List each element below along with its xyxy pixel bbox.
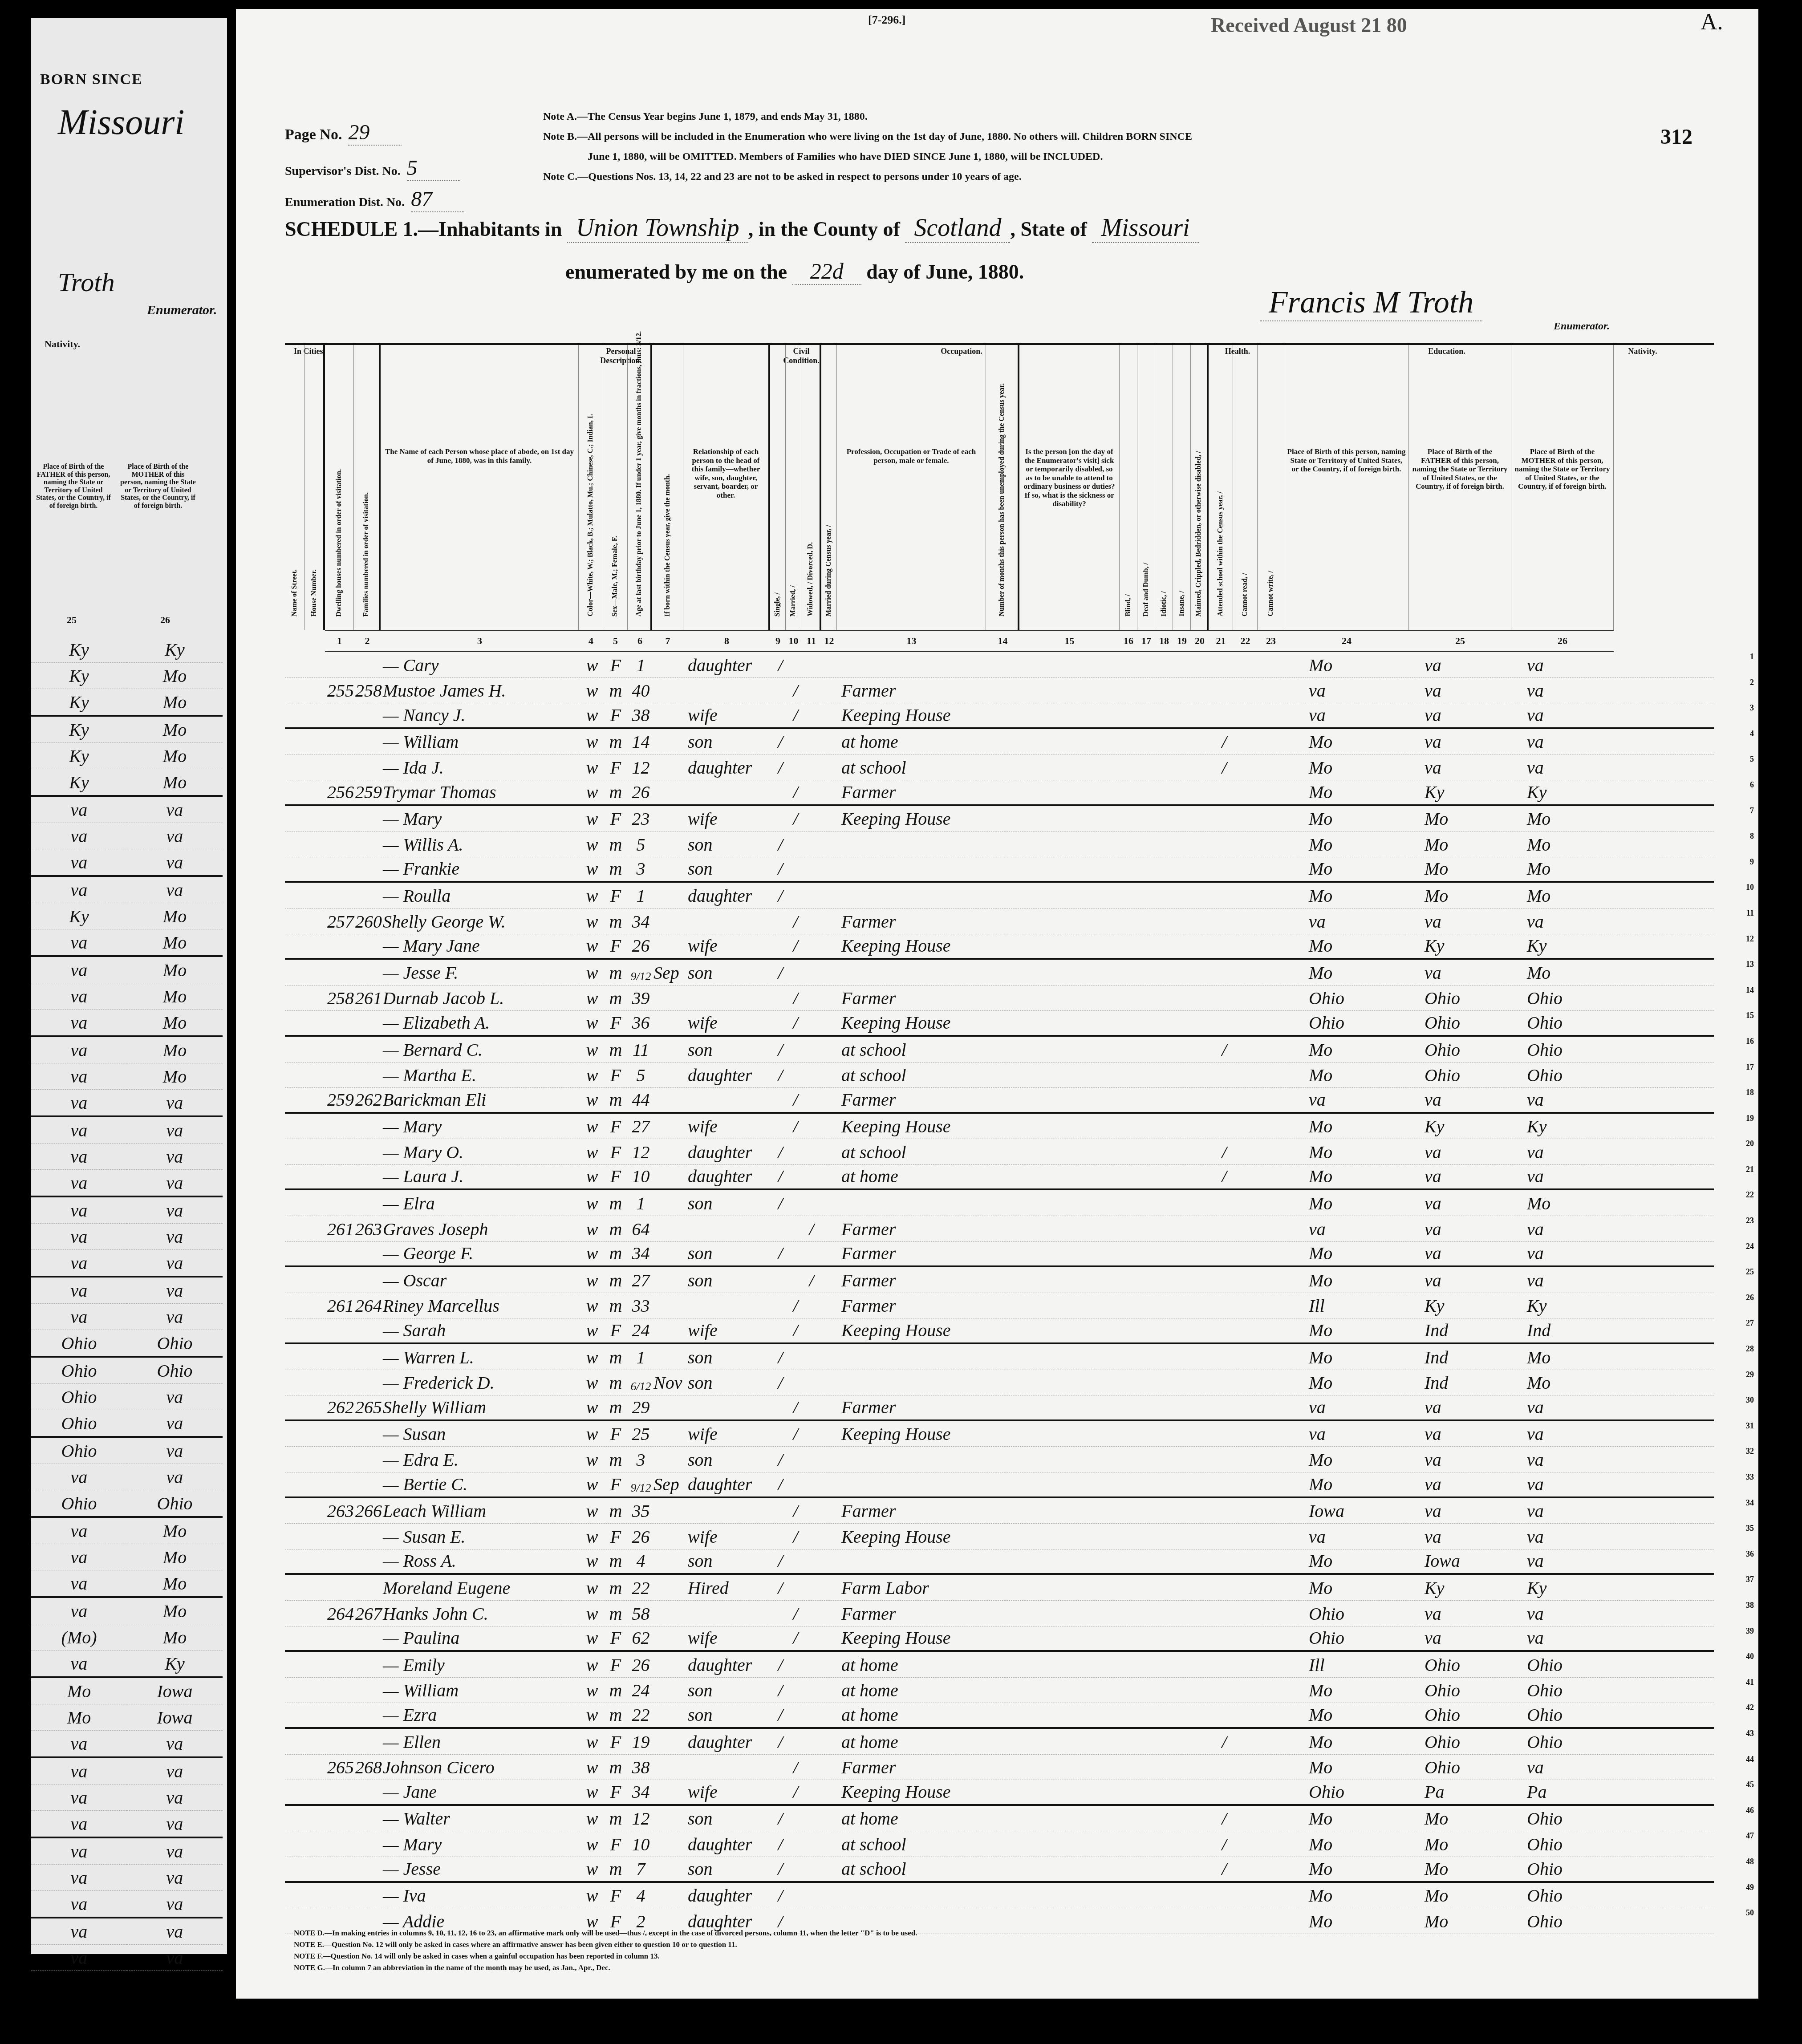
cell-single: / [774, 1575, 787, 1600]
cell-married [789, 1549, 802, 1574]
facing-row: vava [31, 1144, 223, 1170]
cell-rel: son [688, 1549, 770, 1574]
cell-married: / [789, 1601, 802, 1626]
cell-m: Ohio [1527, 1908, 1611, 1934]
cell-b: Mo [1309, 806, 1407, 831]
cell-widowed: / [805, 1216, 818, 1241]
cell-occ [841, 1344, 986, 1370]
row-number: 3 [1750, 703, 1754, 713]
cell-m: Ohio [1527, 1678, 1611, 1703]
cell-single: / [774, 1652, 787, 1677]
cell-occ: at home [841, 1703, 986, 1727]
cell-f: va [1425, 1216, 1509, 1241]
cell-fam [355, 1063, 381, 1088]
day-value: 22d [792, 258, 861, 285]
cell-single [774, 1780, 787, 1804]
cell-name: — Mary Jane [383, 934, 579, 958]
cell-occ: Farmer [841, 1088, 986, 1112]
cell-color: w [581, 857, 603, 881]
cell-rel [688, 678, 770, 703]
cell-fam [355, 1139, 381, 1164]
cell-widowed [805, 1575, 818, 1600]
cell-month [653, 1421, 682, 1447]
cell-b: Mo [1309, 1883, 1407, 1908]
cell-month [653, 1652, 682, 1677]
cell-color: w [581, 780, 603, 804]
cell-month [653, 1293, 682, 1318]
facing-row: Ohiova [31, 1384, 223, 1410]
cell-month [653, 1883, 682, 1908]
facing-row: vava [31, 1090, 223, 1117]
cell-fam [355, 1344, 381, 1370]
cell-school [1215, 1063, 1233, 1088]
cell-b: Ohio [1309, 1780, 1407, 1804]
cell-school [1215, 652, 1233, 677]
cell-rel: son [688, 1678, 770, 1703]
cell-m: Ohio [1527, 1729, 1611, 1754]
cell-married [789, 1242, 802, 1266]
cell-married [789, 1165, 802, 1189]
cell-sex: m [605, 1575, 627, 1600]
cell-b: Mo [1309, 1806, 1407, 1831]
cell-b: Mo [1309, 1344, 1407, 1370]
father-birthplace: Mo [31, 1677, 127, 1704]
cell-fam [355, 1703, 381, 1727]
cell-b: Mo [1309, 780, 1407, 804]
cell-rel [688, 1601, 770, 1626]
cell-single: / [774, 1139, 787, 1164]
facing-row: OhioOhio [31, 1357, 223, 1384]
cell-occ: Keeping House [841, 1421, 986, 1447]
cell-rel: son [688, 857, 770, 881]
father-birthplace: va [31, 1304, 127, 1330]
cell-age: 10 [629, 1165, 653, 1189]
cell-widowed [805, 1114, 818, 1139]
cell-age: 26 [629, 780, 653, 804]
mother-birthplace: va [127, 1196, 223, 1224]
cell-dw [327, 806, 354, 831]
cell-rel: daughter [688, 1729, 770, 1754]
cell-b: Mo [1309, 1831, 1407, 1857]
cell-age: 4 [629, 1549, 653, 1574]
cell-fam [355, 883, 381, 908]
column-number: 21 [1209, 630, 1233, 652]
county-value: Scotland [905, 214, 1010, 243]
table-row: — RoullawF1daughter/MoMoMo10 [285, 883, 1714, 908]
cell-widowed [805, 1652, 818, 1677]
cell-color: w [581, 1703, 603, 1727]
column-header-c20: Maimed, Crippled, Bedridden, or otherwis… [1191, 345, 1209, 630]
father-birthplace: Ohio [31, 1330, 127, 1357]
column-header-c18: Idiotic, / [1155, 345, 1173, 630]
column-header-house: House Number. [305, 345, 325, 630]
cell-rel: son [688, 1190, 770, 1216]
cell-age: 26 [629, 1652, 653, 1677]
cell-married [789, 1678, 802, 1703]
mother-birthplace: va [127, 1144, 223, 1170]
cell-b: Ohio [1309, 985, 1407, 1011]
column-header-c19: Insane, / [1173, 345, 1191, 630]
cell-married: / [789, 1498, 802, 1524]
cell-name: — Susan [383, 1421, 579, 1447]
cell-age: 11 [629, 1037, 653, 1062]
cell-sex: F [605, 1114, 627, 1139]
cell-single [774, 806, 787, 831]
cell-rel: son [688, 1344, 770, 1370]
cell-name: — Elra [383, 1190, 579, 1216]
cell-sex: m [605, 1703, 627, 1727]
row-number: 31 [1746, 1421, 1754, 1431]
column-header-c2: Families numbered in order of visitation… [354, 345, 381, 630]
corner-letter: A. [1701, 9, 1723, 35]
cell-rel: son [688, 1703, 770, 1727]
cell-occ: at home [841, 1806, 986, 1831]
cell-widowed [805, 1857, 818, 1881]
father-birthplace: va [31, 1517, 127, 1544]
facing-row: vaMo [31, 983, 223, 1010]
cell-widowed [805, 960, 818, 985]
column-number: 15 [1019, 630, 1120, 652]
cell-age: 38 [629, 703, 653, 727]
cell-name: Moreland Eugene [383, 1575, 579, 1600]
cell-fam [355, 1652, 381, 1677]
cell-married: / [789, 985, 802, 1011]
cell-f: Mo [1425, 1831, 1509, 1857]
cell-fam [355, 1472, 381, 1496]
cell-school [1215, 1190, 1233, 1216]
cell-age: 38 [629, 1755, 653, 1780]
column-header-c7: If born within the Census year, give the… [652, 345, 683, 630]
cell-age: 1 [629, 1190, 653, 1216]
cell-dw [327, 1806, 354, 1831]
cell-f: Ky [1425, 1114, 1509, 1139]
cell-widowed [805, 1421, 818, 1447]
cell-b: va [1309, 908, 1407, 934]
row-number: 15 [1746, 1011, 1754, 1020]
cell-rel [688, 1755, 770, 1780]
table-row: — Warren L.wm1son/MoIndMo28 [285, 1344, 1714, 1370]
father-birthplace: va [31, 1277, 127, 1304]
father-birthplace: va [31, 849, 127, 876]
cell-occ [841, 1370, 986, 1395]
cell-name: — Mary [383, 1831, 579, 1857]
cell-color: w [581, 1037, 603, 1062]
mother-birthplace: Ky [127, 637, 223, 663]
cell-color: w [581, 1780, 603, 1804]
cell-age: 22 [629, 1575, 653, 1600]
cell-age: 1 [629, 652, 653, 677]
cell-month [653, 831, 682, 857]
table-row: — Jesse F.wm9/12Sepson/MovaMo13 [285, 960, 1714, 985]
table-row: — Susan E.wF26wife/Keeping Housevavava35 [285, 1524, 1714, 1549]
mother-birthplace: Ohio [127, 1490, 223, 1517]
facing-row: vava [31, 1784, 223, 1811]
cell-widowed [805, 780, 818, 804]
row-number: 11 [1746, 908, 1754, 918]
table-row: — Mary JanewF26wife/Keeping HouseMoKyKy1… [285, 934, 1714, 960]
cell-married [789, 1857, 802, 1881]
father-birthplace: Ky [31, 689, 127, 716]
table-row: 261263Graves Josephwm64/Farmervavava23 [285, 1216, 1714, 1242]
mother-birthplace: va [127, 1170, 223, 1197]
mother-birthplace: va [127, 1811, 223, 1838]
cell-fam [355, 806, 381, 831]
mother-birthplace: va [127, 1250, 223, 1277]
cell-b: Mo [1309, 1703, 1407, 1727]
column-header-c1: Dwelling houses numbered in order of vis… [325, 345, 354, 630]
cell-f: va [1425, 1165, 1509, 1189]
cell-single: / [774, 1165, 787, 1189]
column-number: 4 [579, 630, 603, 652]
cell-age: 26 [629, 1524, 653, 1549]
cell-color: w [581, 1267, 603, 1293]
cell-single: / [774, 1447, 787, 1472]
col26-number: 26 [160, 614, 170, 626]
facing-row: KyMo [31, 903, 223, 929]
column-number: 5 [603, 630, 628, 652]
row-number: 14 [1746, 985, 1754, 995]
supervisor-value: 5 [407, 156, 460, 181]
table-row: 259262Barickman Eliwm44/Farmervavava18 [285, 1088, 1714, 1114]
cell-married: / [789, 934, 802, 958]
cell-married [789, 1883, 802, 1908]
facing-row: vava [31, 1304, 223, 1330]
column-header-c26: Place of Birth of the MOTHER of this per… [1511, 345, 1614, 630]
cell-sex: F [605, 1626, 627, 1651]
cell-color: w [581, 1498, 603, 1524]
cell-school [1215, 1626, 1233, 1651]
cell-school [1215, 831, 1233, 857]
cell-m: Mo [1527, 1190, 1611, 1216]
cell-m: Ohio [1527, 1037, 1611, 1062]
cell-color: w [581, 1242, 603, 1266]
cell-color: w [581, 1190, 603, 1216]
cell-dw [327, 1575, 354, 1600]
cell-occ: Farmer [841, 1498, 986, 1524]
cell-age: 33 [629, 1293, 653, 1318]
cell-b: Mo [1309, 1318, 1407, 1342]
row-number: 43 [1746, 1729, 1754, 1738]
cell-sex: m [605, 1370, 627, 1395]
cell-rel [688, 780, 770, 804]
facing-row: OhioOhio [31, 1330, 223, 1357]
cell-f: va [1425, 1601, 1509, 1626]
cell-f: va [1425, 1498, 1509, 1524]
cell-school: / [1215, 1037, 1233, 1062]
father-birthplace: va [31, 876, 127, 903]
cell-widowed [805, 1678, 818, 1703]
cell-dw [327, 729, 354, 754]
row-number: 26 [1746, 1293, 1754, 1302]
cell-f: va [1425, 1626, 1509, 1651]
row-number: 30 [1746, 1395, 1754, 1405]
cell-age: 12 [629, 754, 653, 780]
facing-row: vava [31, 1464, 223, 1490]
cell-dw [327, 1267, 354, 1293]
cell-occ: Farmer [841, 1293, 986, 1318]
cell-widowed [805, 1242, 818, 1266]
received-stamp: Received August 21 80 [1211, 13, 1407, 37]
cell-m: Ky [1527, 1114, 1611, 1139]
cell-sex: F [605, 1011, 627, 1035]
cell-b: Mo [1309, 960, 1407, 985]
cell-dw [327, 1626, 354, 1651]
cell-married [789, 1037, 802, 1062]
cell-f: va [1425, 1190, 1509, 1216]
cell-fam [355, 1575, 381, 1600]
column-header-c16: Blind, / [1120, 345, 1137, 630]
cell-dw [327, 1780, 354, 1804]
cell-married: / [789, 1524, 802, 1549]
cell-b: va [1309, 1088, 1407, 1112]
cell-fam: 266 [355, 1498, 381, 1524]
cell-widowed [805, 1703, 818, 1727]
cell-f: va [1425, 754, 1509, 780]
cell-school [1215, 985, 1233, 1011]
cell-married: / [789, 1114, 802, 1139]
cell-widowed [805, 1447, 818, 1472]
mother-birthplace: Mo [127, 956, 223, 983]
cell-month: Sep [653, 1472, 682, 1496]
cell-school [1215, 1114, 1233, 1139]
cell-sex: m [605, 1242, 627, 1266]
cell-m: Ky [1527, 1575, 1611, 1600]
cell-occ: Farmer [841, 780, 986, 804]
row-number: 41 [1746, 1678, 1754, 1687]
cell-single: / [774, 1037, 787, 1062]
cell-school [1215, 1447, 1233, 1472]
row-number: 24 [1746, 1242, 1754, 1251]
cell-sex: m [605, 857, 627, 881]
cell-m: Ohio [1527, 1806, 1611, 1831]
mother-birthplace: va [127, 823, 223, 849]
cell-fam: 258 [355, 678, 381, 703]
cell-b: Mo [1309, 1267, 1407, 1293]
mother-birthplace: va [127, 1757, 223, 1784]
row-number: 12 [1746, 934, 1754, 944]
row-number: 4 [1750, 729, 1754, 738]
column-number: 10 [786, 630, 801, 652]
cell-widowed [805, 1729, 818, 1754]
cell-school [1215, 1370, 1233, 1395]
cell-f: Ohio [1425, 1678, 1509, 1703]
cell-rel [688, 1395, 770, 1419]
cell-fam: 264 [355, 1293, 381, 1318]
cell-married [789, 1703, 802, 1727]
cell-dw [327, 1139, 354, 1164]
cell-married [789, 1831, 802, 1857]
cell-age: 23 [629, 806, 653, 831]
cell-name: Shelly William [383, 1395, 579, 1419]
cell-rel: Hired [688, 1575, 770, 1600]
cell-f: Ind [1425, 1344, 1509, 1370]
facing-row: vaMo [31, 1544, 223, 1570]
facing-row: vava [31, 876, 223, 903]
cell-married: / [789, 1421, 802, 1447]
cell-month [653, 1575, 682, 1600]
column-header-c22: Cannot read, / [1233, 345, 1258, 630]
row-number: 2 [1750, 678, 1754, 687]
facing-row: vava [31, 1865, 223, 1891]
father-birthplace: va [31, 1250, 127, 1277]
cell-widowed [805, 1395, 818, 1419]
facing-row: vava [31, 1757, 223, 1784]
cell-dw [327, 1831, 354, 1857]
cell-single: / [774, 1190, 787, 1216]
table-row: — PaulinawF62wife/Keeping HouseOhiovava3… [285, 1626, 1714, 1652]
table-row: — IvawF4daughter/MoMoOhio49 [285, 1883, 1714, 1909]
cell-single [774, 1011, 787, 1035]
cell-dw: 258 [327, 985, 354, 1011]
cell-occ: Keeping House [841, 934, 986, 958]
column-number: 3 [381, 630, 579, 652]
cell-b: Mo [1309, 1165, 1407, 1189]
mother-birthplace: Mo [127, 1036, 223, 1063]
row-number: 37 [1746, 1575, 1754, 1584]
cell-dw: 264 [327, 1601, 354, 1626]
cell-name: — Emily [383, 1652, 579, 1677]
row-number: 50 [1746, 1908, 1754, 1918]
table-row: — Oscarwm27son/FarmerMovava25 [285, 1267, 1714, 1293]
table-row: — MarywF23wife/Keeping HouseMoMoMo7 [285, 806, 1714, 832]
cell-month [653, 1318, 682, 1342]
facing-row: vava [31, 823, 223, 849]
cell-m: Mo [1527, 857, 1611, 881]
cell-fam [355, 1831, 381, 1857]
cell-color: w [581, 1395, 603, 1419]
facing-row: vava [31, 1277, 223, 1304]
cell-color: w [581, 1831, 603, 1857]
cell-fam [355, 831, 381, 857]
cell-single [774, 1421, 787, 1447]
column-header-c8: Relationship of each person to the head … [683, 345, 770, 630]
column-header-c5: Sex—Male, M.; Female, F. [603, 345, 628, 630]
cell-f: Ohio [1425, 985, 1509, 1011]
cell-sex: m [605, 1395, 627, 1419]
cell-single [774, 1318, 787, 1342]
cell-school [1215, 1472, 1233, 1496]
row-number: 42 [1746, 1703, 1754, 1712]
mother-birthplace: Iowa [127, 1677, 223, 1704]
father-birthplace: Ohio [31, 1410, 127, 1437]
father-birthplace: va [31, 1651, 127, 1678]
father-birthplace: Ky [31, 903, 127, 929]
cell-sex: F [605, 1729, 627, 1754]
mother-birthplace: va [127, 1116, 223, 1144]
cell-occ [841, 1883, 986, 1908]
cell-dw [327, 1678, 354, 1703]
father-birthplace: va [31, 1144, 127, 1170]
cell-single [774, 1626, 787, 1651]
cell-age: 19 [629, 1729, 653, 1754]
cell-color: w [581, 1139, 603, 1164]
cell-single: / [774, 1729, 787, 1754]
cell-age: 27 [629, 1114, 653, 1139]
cell-school [1215, 1703, 1233, 1727]
column-header-c25: Place of Birth of the FATHER of this per… [1409, 345, 1511, 630]
cell-rel: son [688, 729, 770, 754]
father-birthplace: Ky [31, 663, 127, 689]
facing-row: KyMo [31, 769, 223, 796]
mother-birthplace: va [127, 1090, 223, 1117]
cell-school [1215, 1318, 1233, 1342]
cell-f: Ohio [1425, 1652, 1509, 1677]
cell-dw [327, 1011, 354, 1035]
cell-rel: wife [688, 1780, 770, 1804]
cell-single: / [774, 831, 787, 857]
cell-color: w [581, 1755, 603, 1780]
cell-name: Johnson Cicero [383, 1755, 579, 1780]
